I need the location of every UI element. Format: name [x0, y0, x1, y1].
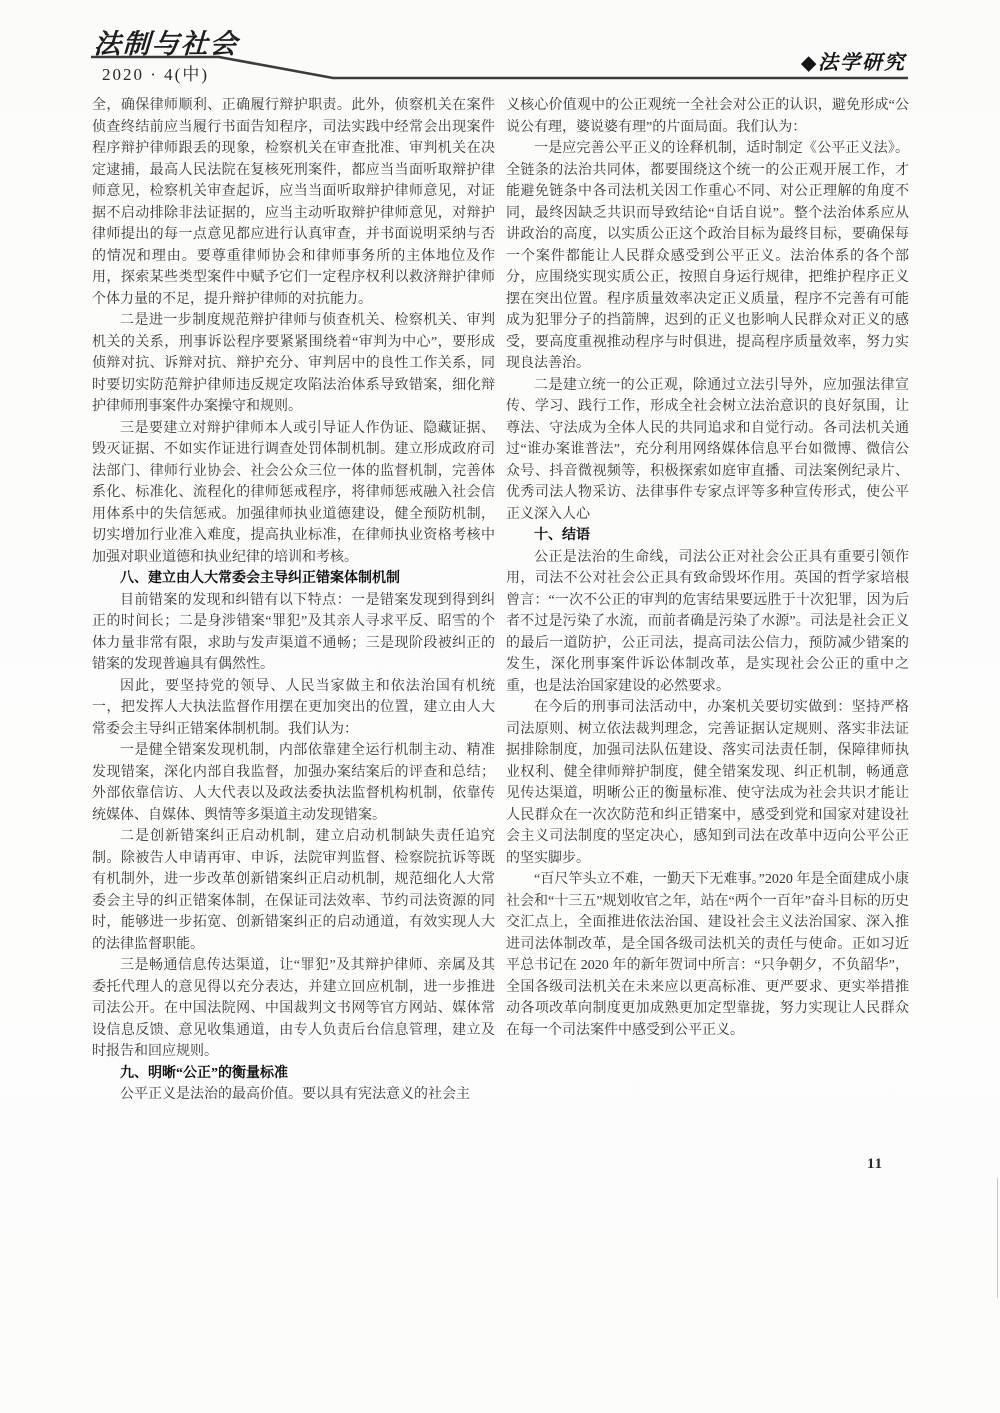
paragraph: 二是建立统一的公正观，除通过立法引导外，应加强法律宣传、学习、践行工作，形成全社…: [506, 375, 909, 526]
scan-edge-line: [997, 1178, 998, 1298]
section-heading: 十、结语: [506, 525, 909, 547]
paragraph: 全，确保律师顺利、正确履行辩护职责。此外，侦察机关在案件侦查终结前应当履行书面告…: [92, 95, 495, 310]
paragraph: 二是创新错案纠正启动机制，建立启动机制缺失责任追究制。除被告人申请再审、申诉，法…: [92, 826, 495, 955]
issue-label: 2020 · 4(中): [102, 60, 209, 85]
right-column: 义核心价值观中的公正观统一全社会对公正的认识，避免形成“公说公有理，婆说婆有理”…: [506, 95, 909, 1041]
paragraph: 公正是法治的生命线，司法公正对社会公正具有重要引领作用，司法不公对社会公正具有致…: [506, 547, 909, 698]
paragraph: 三是畅通信息传达渠道，让“罪犯”及其辩护律师、亲属及其委托代理人的意见得以充分表…: [92, 955, 495, 1063]
left-column: 全，确保律师顺利、正确履行辩护职责。此外，侦察机关在案件侦查终结前应当履行书面告…: [92, 95, 495, 1106]
section-label: ◆法学研究: [801, 46, 906, 75]
diamond-icon: ◆: [801, 53, 816, 74]
paragraph: 公平正义是法治的最高价值。要以具有宪法意义的社会主: [92, 1084, 495, 1106]
page-number: 11: [867, 1156, 883, 1173]
paragraph: 一是健全错案发现机制，内部依靠建全运行机制主动、精准发现错案，深化内部自我监督，…: [92, 740, 495, 826]
section-title: 法学研究: [818, 50, 906, 74]
section-heading: 八、建立由人大常委会主导纠正错案体制机制: [92, 568, 495, 590]
paragraph: 一是应完善公平正义的诠释机制，适时制定《公平正义法》。全链条的法治共同体，都要围…: [506, 138, 909, 375]
paragraph: “百尺竿头立不难，一勤天下无难事。”2020 年是全面建成小康社会和“十三五”规…: [506, 869, 909, 1041]
journal-page: 法制与社会 2020 · 4(中) ◆法学研究 全，确保律师顺利、正确履行辩护职…: [0, 0, 1000, 1413]
paragraph: 在今后的刑事司法活动中，办案机关要切实做到：坚持严格司法原则、树立依法裁判理念，…: [506, 697, 909, 869]
paragraph: 目前错案的发现和纠错有以下特点：一是错案发现到得到纠正的时间长；二是身涉错案“罪…: [92, 590, 495, 676]
section-heading: 九、明晰“公正”的衡量标准: [92, 1063, 495, 1085]
paragraph: 义核心价值观中的公正观统一全社会对公正的认识，避免形成“公说公有理，婆说婆有理”…: [506, 95, 909, 138]
paragraph: 二是进一步制度规范辩护律师与侦查机关、检察机关、审判机关的关系，刑事诉讼程序要紧…: [92, 310, 495, 418]
paragraph: 三是要建立对辩护律师本人或引导证人作伪证、隐藏证据、毁灭证据、不如实作证进行调查…: [92, 418, 495, 569]
paragraph: 因此，要坚持党的领导、人民当家做主和依法治国有机统一，把发挥人大执法监督作用摆在…: [92, 676, 495, 741]
